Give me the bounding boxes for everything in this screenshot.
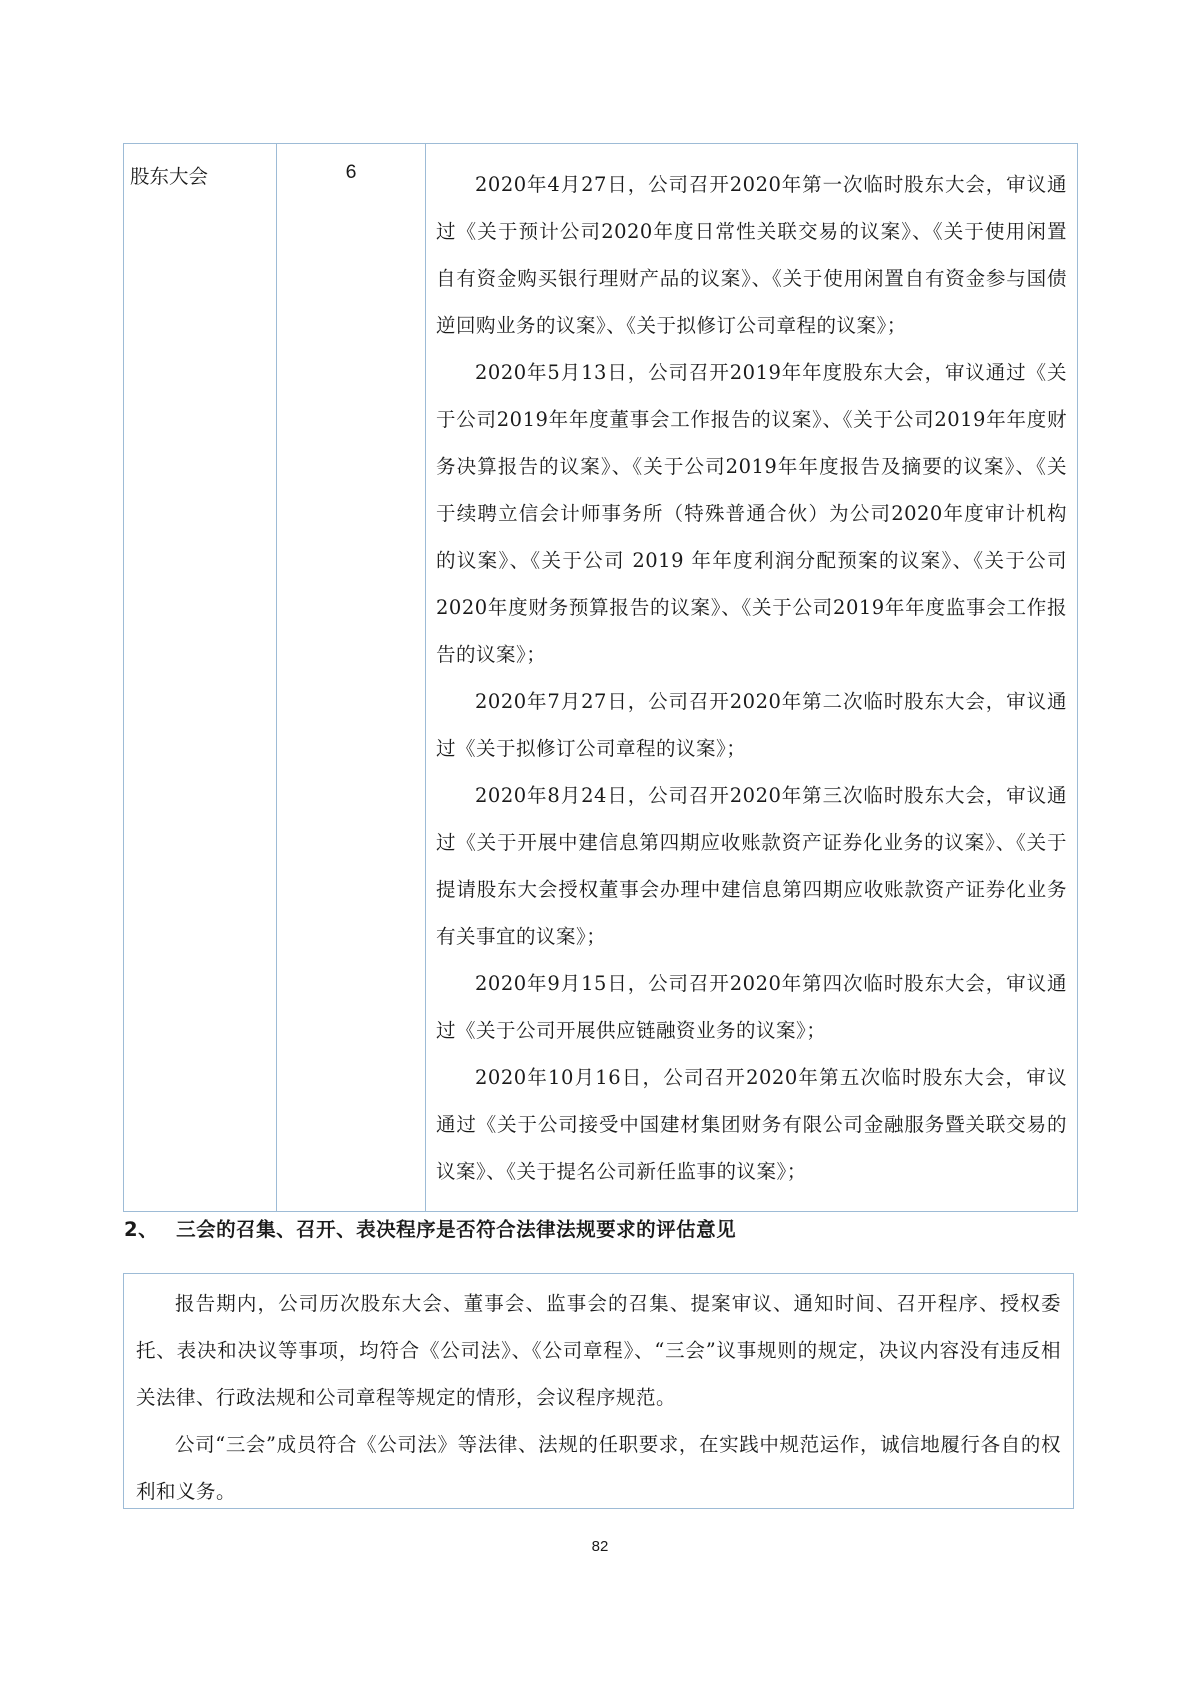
meeting-paragraph: 2020年4月27日，公司召开2020年第一次临时股东大会，审议通过《关于预计公…: [436, 161, 1067, 349]
assessment-box: 报告期内，公司历次股东大会、董事会、监事会的召集、提案审议、通知时间、召开程序、…: [123, 1273, 1074, 1509]
assessment-paragraph: 报告期内，公司历次股东大会、董事会、监事会的召集、提案审议、通知时间、召开程序、…: [136, 1280, 1061, 1421]
assessment-paragraph: 公司“三会”成员符合《公司法》等法律、法规的任职要求，在实践中规范运作，诚信地履…: [136, 1421, 1061, 1515]
meeting-type-cell: 股东大会: [124, 144, 277, 1212]
meeting-paragraph: 2020年10月16日，公司召开2020年第五次临时股东大会，审议通过《关于公司…: [436, 1054, 1067, 1195]
section-title: 三会的召集、召开、表决程序是否符合法律法规要求的评估意见: [176, 1218, 736, 1241]
meeting-details-cell: 2020年4月27日，公司召开2020年第一次临时股东大会，审议通过《关于预计公…: [426, 144, 1078, 1212]
page-number: 82: [0, 1538, 1200, 1555]
section-index: 2、: [124, 1218, 158, 1241]
meeting-paragraph: 2020年8月24日，公司召开2020年第三次临时股东大会，审议通过《关于开展中…: [436, 772, 1067, 960]
meeting-paragraph: 2020年7月27日，公司召开2020年第二次临时股东大会，审议通过《关于拟修订…: [436, 678, 1067, 772]
meeting-count-cell: 6: [277, 144, 426, 1212]
meeting-paragraph: 2020年9月15日，公司召开2020年第四次临时股东大会，审议通过《关于公司开…: [436, 960, 1067, 1054]
section-heading: 2、三会的召集、召开、表决程序是否符合法律法规要求的评估意见: [124, 1214, 736, 1242]
meetings-table: 股东大会 6 2020年4月27日，公司召开2020年第一次临时股东大会，审议通…: [123, 143, 1078, 1212]
table-row: 股东大会 6 2020年4月27日，公司召开2020年第一次临时股东大会，审议通…: [124, 144, 1078, 1212]
document-page: 股东大会 6 2020年4月27日，公司召开2020年第一次临时股东大会，审议通…: [0, 0, 1200, 1697]
meeting-paragraph: 2020年5月13日，公司召开2019年年度股东大会，审议通过《关于公司2019…: [436, 349, 1067, 678]
